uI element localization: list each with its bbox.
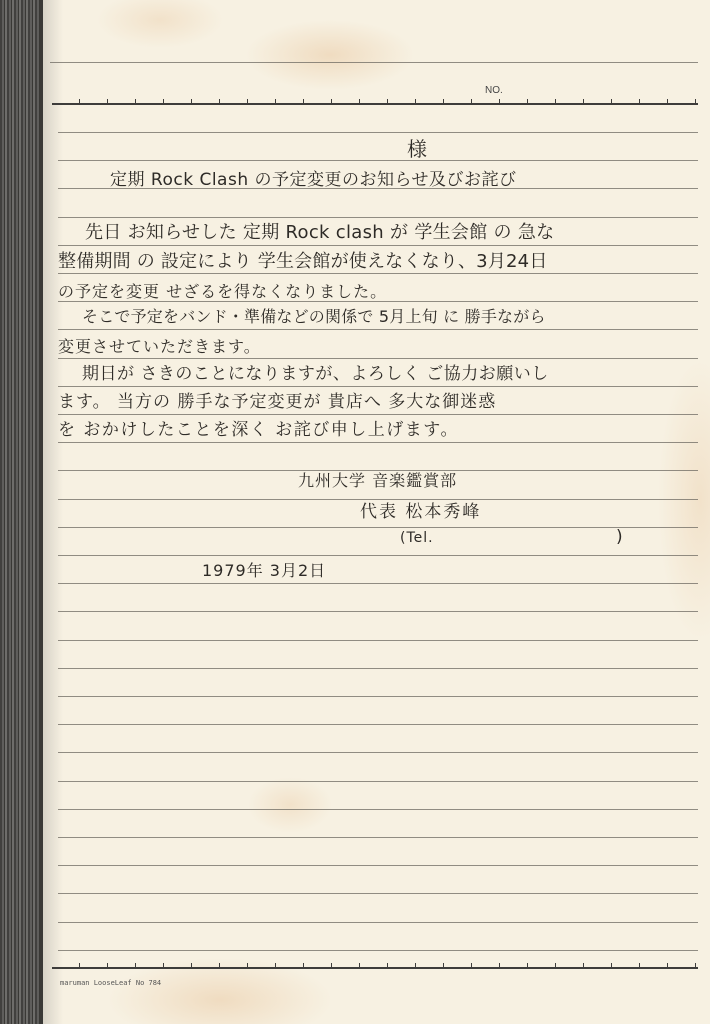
- organization-name: 九州大学 音楽鑑賞部: [298, 468, 457, 491]
- tel-open: (Tel.: [400, 530, 434, 546]
- body-line: ます。 当方の 勝手な予定変更が 貴店へ 多大な御迷惑: [58, 387, 496, 412]
- body-line: そこで予定をバンド・準備などの関係で 5月上旬 に 勝手ながら: [82, 304, 546, 327]
- paper-brand: maruman LooseLeaf No 784: [60, 979, 161, 987]
- letter-date: 1979年 3月2日: [202, 558, 326, 581]
- body-line: を おかけしたことを深く お詫び申し上げます。: [58, 415, 459, 440]
- body-line: 先日 お知らせした 定期 Rock clash が 学生会館 の 急な: [85, 218, 554, 244]
- representative-name: 代表 松本秀峰: [360, 497, 481, 522]
- addressee-suffix: 様: [407, 133, 428, 162]
- body-line: 変更させていただきます。: [58, 334, 261, 357]
- letter-title: 定期 Rock Clash の予定変更のお知らせ及びお詫び: [110, 165, 516, 190]
- binding-shadow: [43, 0, 63, 1024]
- body-line: 整備期間 の 設定により 学生会館が使えなくなり、3月24日: [58, 247, 548, 273]
- body-line: の予定を変更 せざるを得なくなりました。: [58, 279, 387, 302]
- binding-edge: [0, 0, 40, 1024]
- notebook-paper: [0, 0, 710, 1024]
- tel-close: ): [616, 527, 624, 547]
- body-line: 期日が さきのことになりますが、よろしく ご協力お願いし: [82, 359, 549, 384]
- page-number-label: NO.: [485, 85, 503, 96]
